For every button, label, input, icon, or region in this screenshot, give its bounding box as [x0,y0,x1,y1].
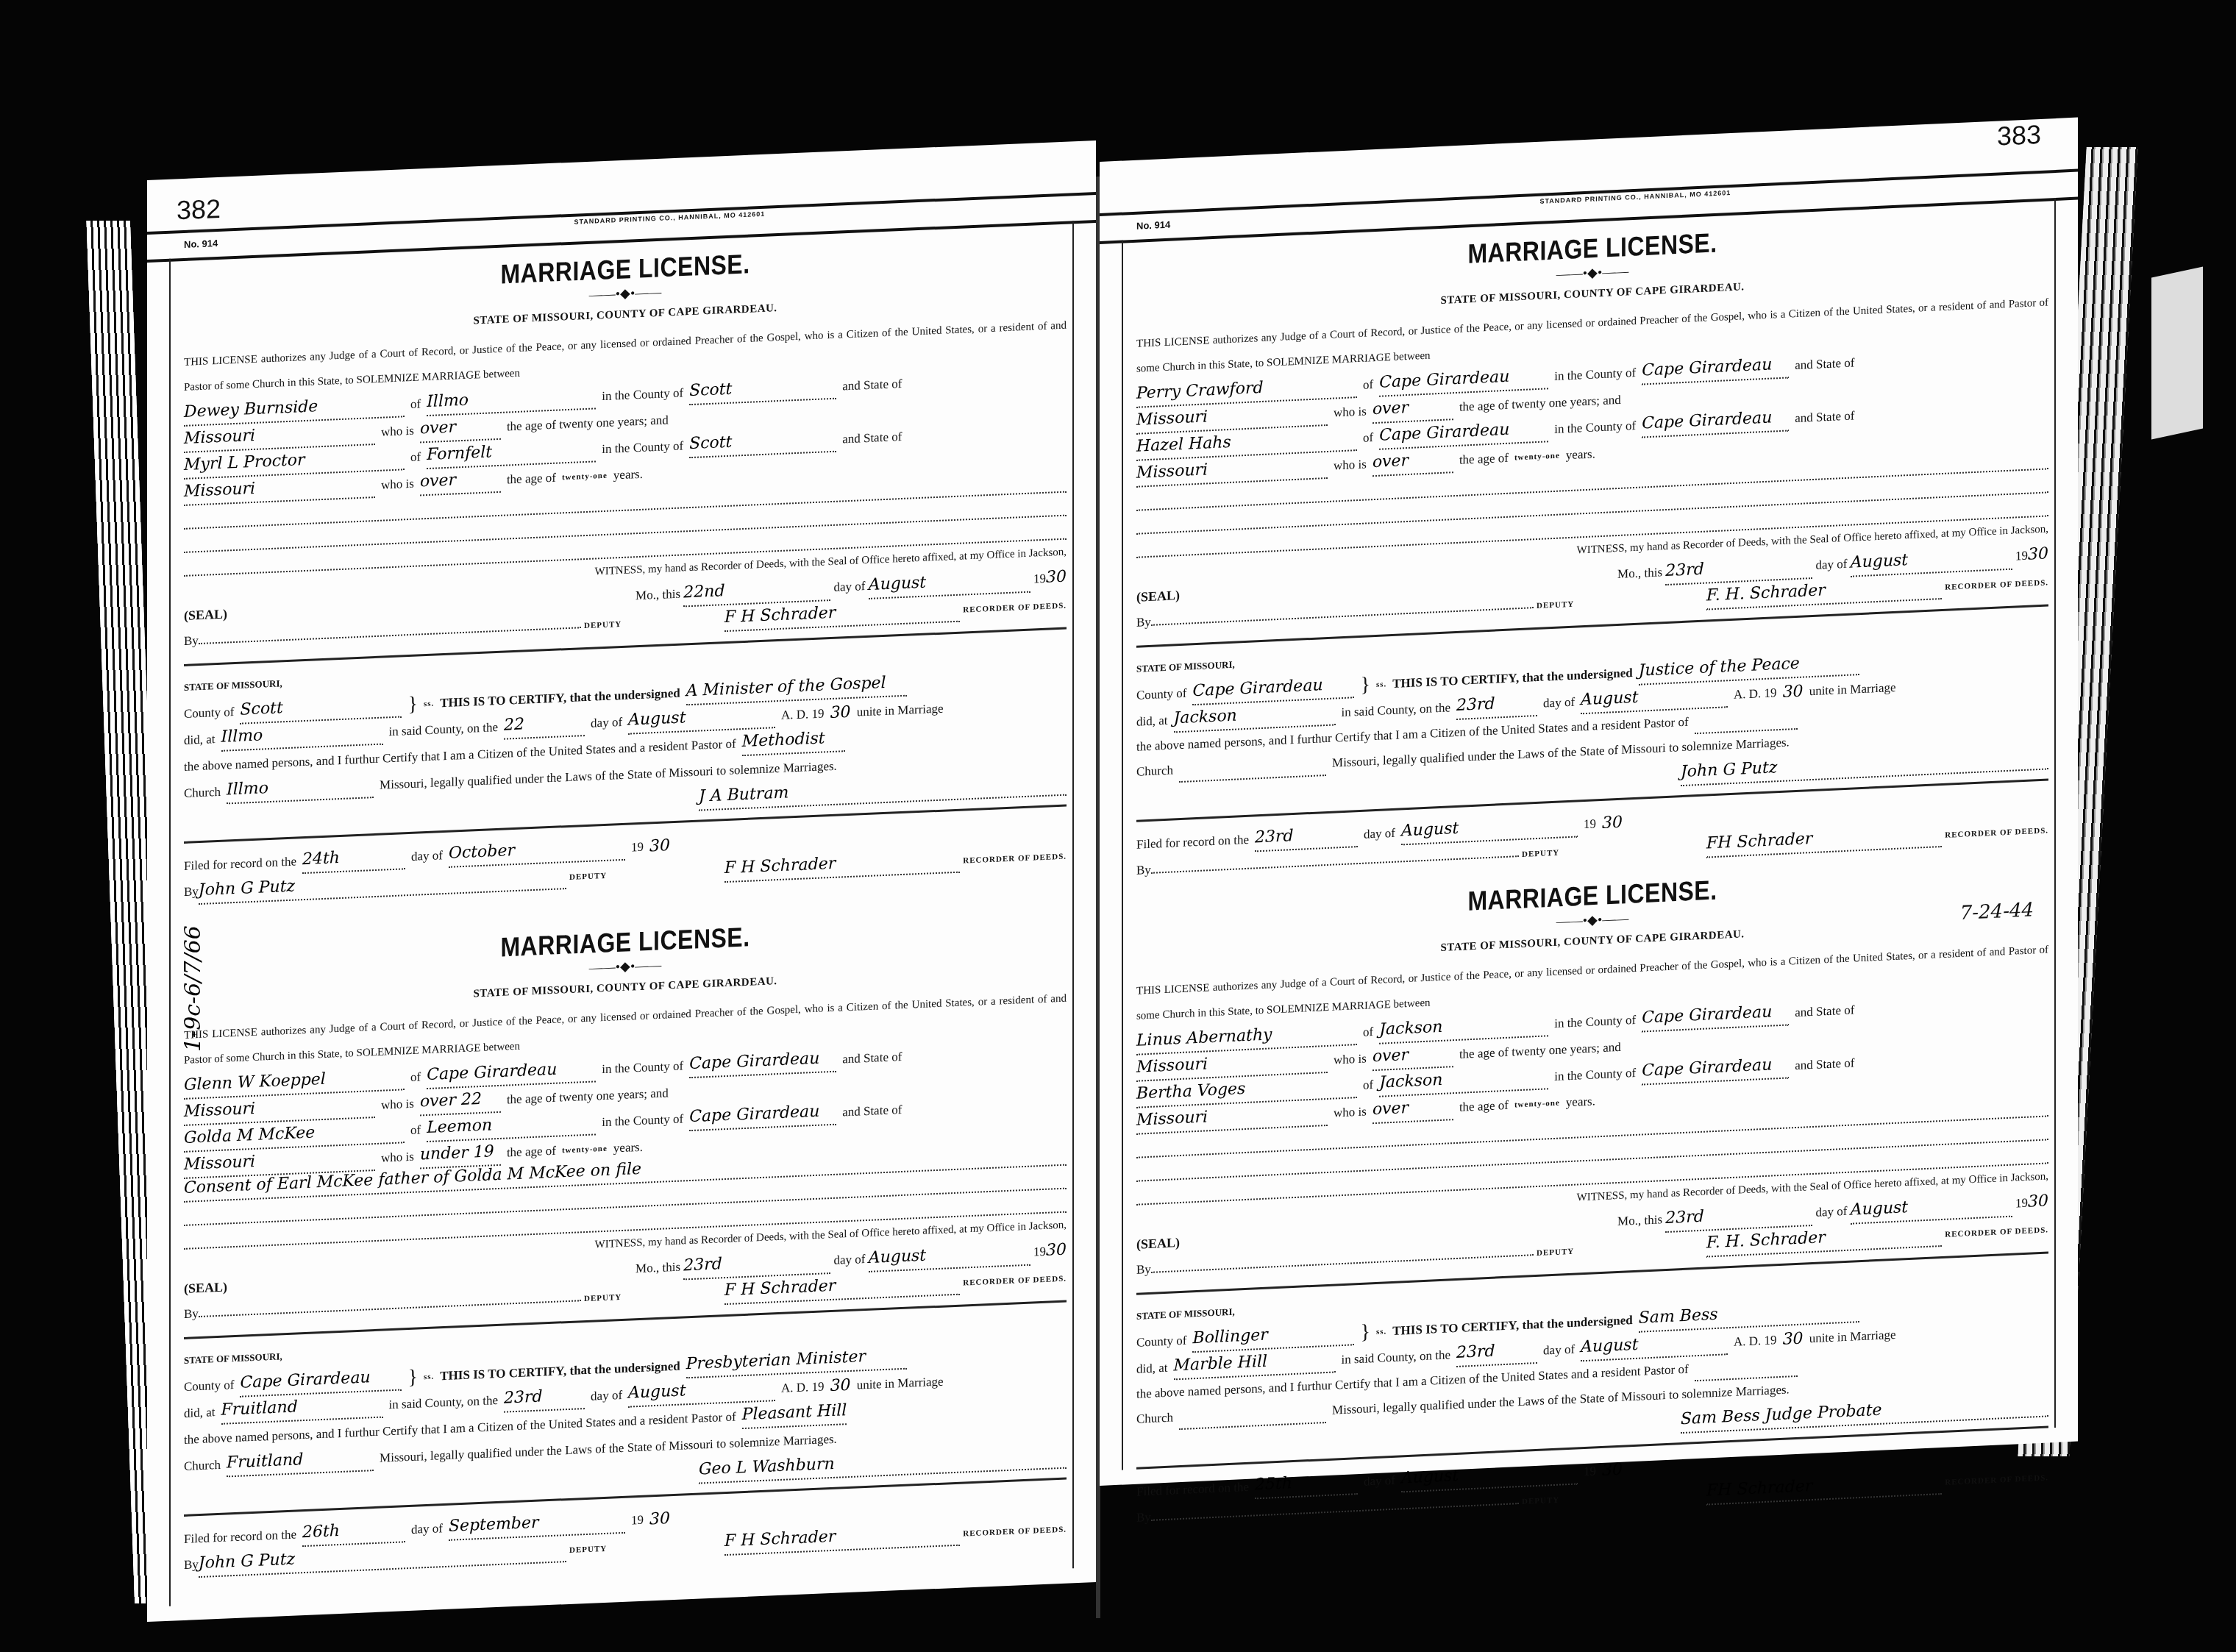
bride-age: under 19 [420,1139,501,1169]
filed-day: 26th [302,1516,405,1547]
label: did, at [184,727,216,753]
label: unite in Marriage [857,697,944,725]
printer-credit: STANDARD PRINTING CO., HANNIBAL, MO 4126… [574,210,766,226]
pastor-of: Methodist [742,725,845,756]
label: 19 [631,835,644,861]
label: By [184,884,199,899]
label: of [1363,425,1373,451]
form-number: No. 914 [184,238,218,250]
pastor-of: Pleasant Hill [742,1398,847,1429]
label: By [1136,1262,1151,1277]
label: years. [1566,441,1595,468]
license: MARRIAGE LICENSE. ——•◆•—— STATE OF MISSO… [184,911,1067,1579]
label: 19 [1033,1245,1046,1259]
label: day of [1364,1468,1395,1495]
seal-mark: (SEAL) [184,601,227,627]
filed-year: 30 [1602,1458,1623,1484]
label: RECORDER OF DEEDS. [1945,1473,2048,1487]
left-page: 382 No. 914 STANDARD PRINTING CO., HANNI… [147,140,1096,1622]
deputy-line [1151,607,1534,626]
label: in the County of [1554,413,1636,442]
label: Mo., this [635,587,680,603]
age-correction: twenty-one [562,1136,608,1164]
label: RECORDER OF DEEDS. [1945,578,2048,591]
label: day of [411,843,443,869]
label: ss. [1376,1319,1386,1345]
label: RECORDER OF DEEDS. [963,602,1067,615]
label: in the County of [1554,360,1636,389]
label: who is [381,471,414,498]
label: By [184,1306,199,1321]
label: day of [1816,557,1848,572]
label: 19 [631,1508,644,1534]
label: and State of [1795,1050,1854,1078]
label: who is [1334,1100,1367,1126]
license: MARRIAGE LICENSE. ——•◆•—— STATE OF MISSO… [1136,861,2048,1531]
label: DEPUTY [1537,1247,1574,1258]
label: By [184,1557,199,1572]
label: who is [1334,452,1367,479]
label: RECORDER OF DEEDS. [963,852,1067,866]
label: RECORDER OF DEEDS. [963,1275,1067,1288]
background-patch [2151,267,2203,440]
age-correction: twenty-one [1514,1091,1560,1118]
label: in the County of [1554,1061,1636,1089]
label: in the County of [602,380,683,409]
label: and State of [842,1044,902,1072]
label: Filed for record on the [1136,1475,1249,1505]
label: RECORDER OF DEEDS. [963,1525,1067,1539]
label: of [1363,1019,1373,1045]
page-number: 382 [177,193,221,227]
witness-year: 30 [1046,1241,1067,1260]
label: By [1136,863,1151,877]
witness-year: 30 [2028,544,2048,563]
label: of [410,391,421,417]
label: of [410,1117,421,1143]
ceremony-year: 30 [830,700,851,726]
label: in the County of [602,1106,683,1135]
witness-year: 30 [2028,1192,2048,1211]
label: of [1363,372,1373,398]
bride-age: over [1372,446,1453,477]
filed-day: 25th [1255,1468,1358,1499]
label: STATE OF MISSOURI, [184,671,282,700]
label: 19 [1584,811,1596,837]
seal-mark: (SEAL) [1136,583,1180,610]
label: the age of [1459,446,1509,473]
seal-mark: (SEAL) [1136,1230,1180,1257]
filed-year: 30 [1602,811,1623,836]
label: who is [1334,399,1367,426]
label: A. D. 19 [1734,680,1777,708]
label: in said County, on the [389,1388,499,1417]
label: unite in Marriage [1809,675,1896,704]
label: 19 [1584,1459,1596,1484]
label: day of [1543,1337,1575,1364]
label: did, at [1136,708,1168,735]
ceremony-year: 30 [830,1373,851,1399]
label: did, at [184,1400,216,1426]
label: and State of [842,424,902,452]
label: Filed for record on the [1136,827,1249,858]
label: ss. [1376,672,1386,697]
label: ss. [424,691,434,717]
form-number: No. 914 [1136,219,1170,232]
label: and State of [1795,997,1854,1025]
label: DEPUTY [584,620,622,630]
groom-age: over 22 [420,1086,501,1117]
label: and State of [1795,403,1854,431]
age-correction: twenty-one [562,463,608,491]
label: day of [1816,1204,1848,1220]
label: who is [1334,1047,1367,1073]
ceremony-day: 23rd [1456,1337,1537,1367]
label: RECORDER OF DEEDS. [1945,826,2048,839]
ceremony-day: 23rd [1456,690,1537,720]
filed-day: 23rd [1255,821,1358,852]
margin-annotation: 1-9c-6/7/66 [180,925,206,1052]
groom-age: over [1372,394,1453,424]
label: in the County of [602,1053,683,1082]
label: unite in Marriage [1809,1322,1896,1351]
label: the age of [507,466,556,493]
label: DEPUTY [584,1293,622,1303]
label: did, at [1136,1356,1168,1382]
label: day of [1543,690,1575,716]
groom-age: over [1372,1041,1453,1071]
label: who is [381,1092,414,1118]
label: 19 [2015,1196,2028,1211]
groom-age: over [420,413,501,444]
label: A. D. 19 [781,1374,825,1400]
label: and State of [842,371,902,399]
label: day of [1364,821,1395,847]
label: of [410,444,421,470]
ceremony-year: 30 [1783,680,1804,705]
label: ss. [424,1364,434,1390]
label: years. [613,1135,643,1161]
label: in said County, on the [389,715,499,744]
label: the age of [507,1139,556,1166]
filed-year: 30 [649,1506,670,1532]
label: Church [184,780,221,806]
label: 19 [1033,572,1046,586]
label: County of [184,1372,234,1400]
label: DEPUTY [1522,1496,1559,1506]
label: By [1136,1510,1151,1525]
label: unite in Marriage [857,1370,944,1398]
label: DEPUTY [1537,600,1574,610]
label: years. [613,462,643,488]
witness-year: 30 [1046,568,1067,587]
seal-mark: (SEAL) [184,1274,227,1300]
ceremony-year: 30 [1783,1327,1804,1353]
label: day of [411,1516,443,1542]
label: of [410,1064,421,1090]
age-correction: twenty-one [1514,444,1560,471]
label: Mo., this [635,1260,680,1276]
bride-age: over [1372,1094,1453,1124]
license: MARRIAGE LICENSE. ——•◆•—— STATE OF MISSO… [184,238,1067,906]
right-page: 383 No. 914 STANDARD PRINTING CO., HANNI… [1100,118,2078,1486]
label: By [184,633,199,648]
page-number: 383 [1997,119,2041,152]
label: County of [1136,681,1186,708]
label: and State of [1795,350,1854,378]
label: Church [1136,1405,1173,1431]
label: A. D. 19 [781,701,825,727]
label: of [1363,1072,1373,1098]
label: Mo., this [1617,1212,1662,1228]
label: in the County of [1554,1008,1636,1036]
label: County of [1136,1328,1186,1356]
label: and State of [842,1097,902,1125]
label: day of [834,579,866,594]
filing-deputy [1151,1503,1519,1521]
ceremony-day: 23rd [504,1383,585,1413]
label: RECORDER OF DEEDS. [1945,1225,2048,1239]
filed-day: 24th [302,843,405,874]
label: DEPUTY [1522,849,1559,859]
label: DEPUTY [569,1545,607,1555]
label: who is [381,1144,414,1171]
label: 19 [2015,549,2028,563]
filed-year: 30 [649,833,670,859]
label: Church [1136,758,1173,784]
label: DEPUTY [569,872,607,882]
label: years. [1566,1089,1595,1115]
deputy-line [199,627,581,644]
deputy-line [1151,1254,1534,1273]
license: MARRIAGE LICENSE. ——•◆•—— STATE OF MISSO… [1136,214,2048,884]
label: Mo., this [1617,565,1662,581]
label: A. D. 19 [1734,1328,1777,1355]
label: the age of [1459,1093,1509,1120]
label: day of [591,710,622,736]
label: STATE OF MISSOURI, [184,1344,282,1373]
label: in the County of [602,433,683,462]
label: County of [184,699,234,727]
label: who is [381,419,414,445]
ceremony-day: 22 [504,710,585,740]
printer-credit: STANDARD PRINTING CO., HANNIBAL, MO 4126… [1540,189,1731,205]
label: day of [591,1383,622,1409]
bride-age: over [420,466,501,496]
label: day of [834,1252,866,1267]
label: By [1136,615,1151,630]
label: Church [184,1453,221,1479]
deputy-line [199,1300,581,1317]
